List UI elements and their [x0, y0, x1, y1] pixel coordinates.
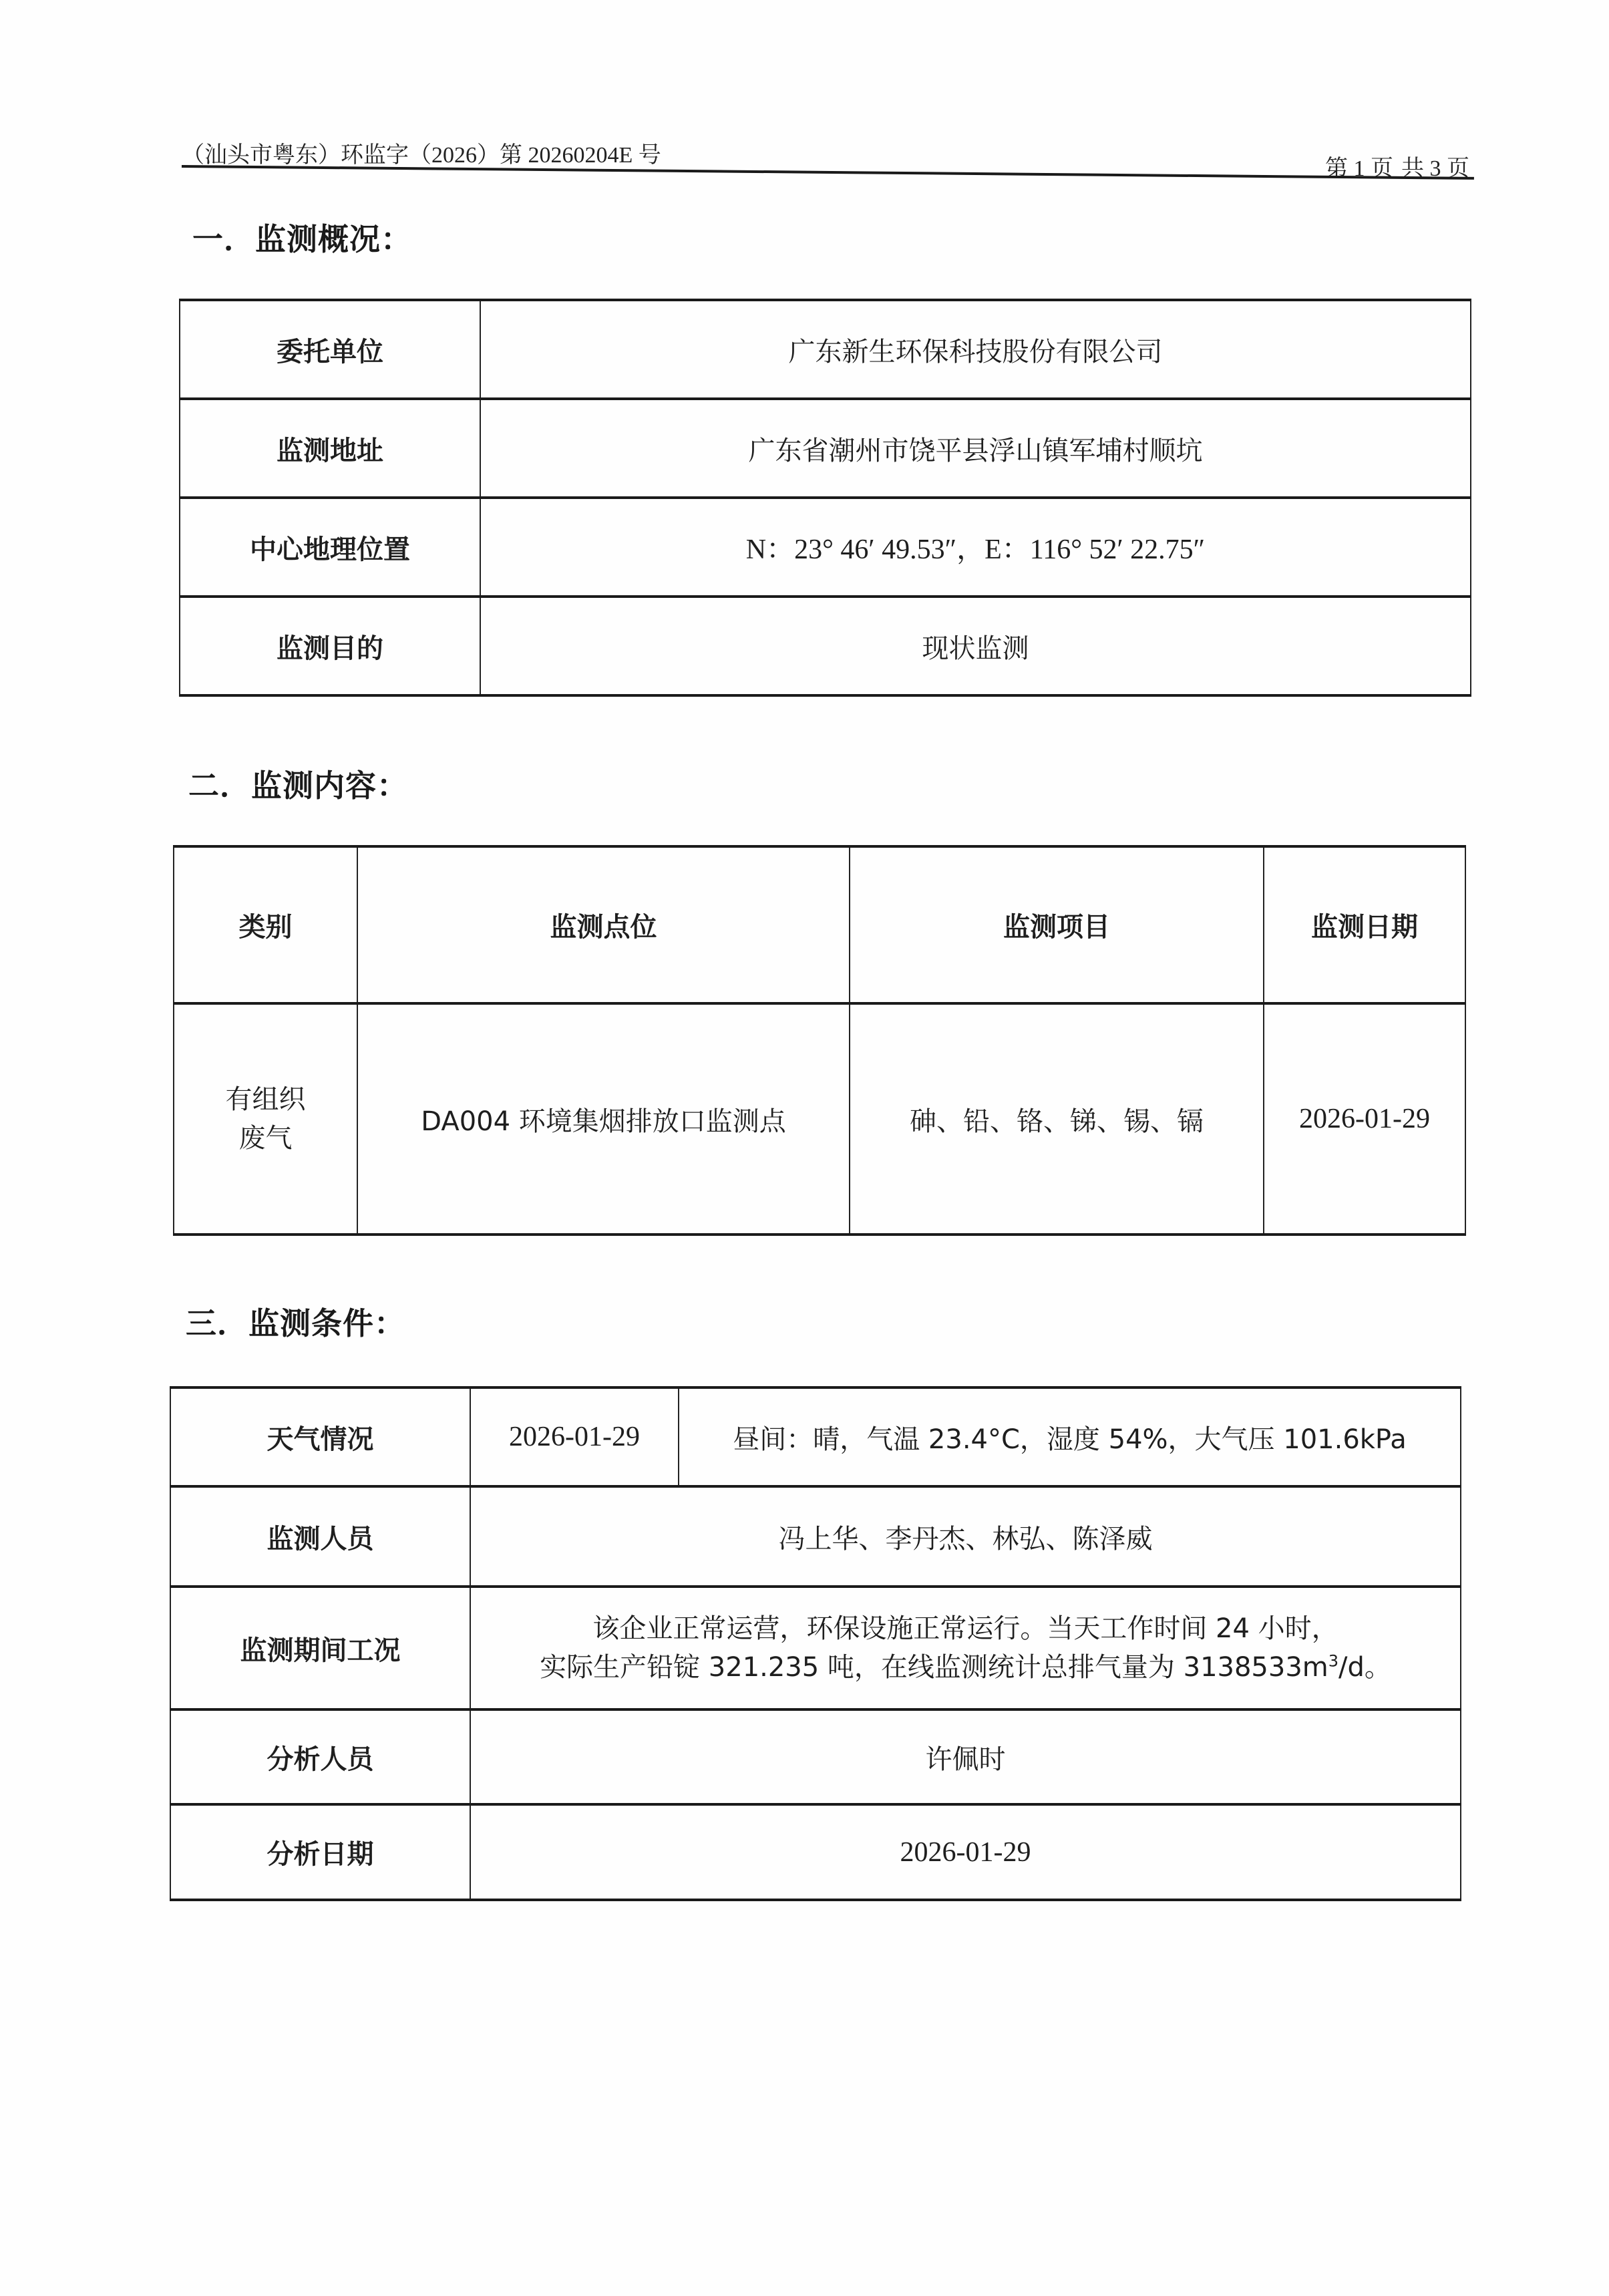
operating-line: 该企业正常运营，环保设施正常运行。当天工作时间 24 小时，: [471, 1609, 1460, 1648]
overview-table: 委托单位 广东新生环保科技股份有限公司 监测地址 广东省潮州市饶平县浮山镇军埔村…: [179, 299, 1471, 697]
column-header-point: 监测点位: [357, 846, 850, 1003]
row-label-operating: 监测期间工况: [170, 1587, 470, 1709]
analysis-date-value: 2026-01-29: [470, 1804, 1461, 1900]
purpose-value: 现状监测: [480, 597, 1471, 695]
row-label-address: 监测地址: [180, 399, 480, 498]
operating-value: 该企业正常运营，环保设施正常运行。当天工作时间 24 小时， 实际生产铅锭 32…: [470, 1587, 1461, 1709]
operating-text: 实际生产铅锭 321.235 吨，在线监测统计总排气量为 3138533m: [540, 1652, 1328, 1683]
row-label-purpose: 监测目的: [180, 597, 480, 695]
row-label-coordinates: 中心地理位置: [180, 498, 480, 597]
row-label-analysis-date: 分析日期: [170, 1804, 470, 1900]
superscript: 3: [1328, 1652, 1338, 1671]
content-table: 类别 监测点位 监测项目 监测日期 有组织 废气 DA004 环境集烟排放口监测…: [173, 845, 1466, 1236]
analyst-value: 许佩时: [470, 1709, 1461, 1804]
table-row: 分析日期 2026-01-29: [170, 1804, 1461, 1900]
document-page: （汕头市粤东）环监字（2026）第 20260204E 号 第 1 页共 3 页…: [0, 0, 1609, 2296]
weather-detail: 昼间：晴，气温 23.4°C，湿度 54%，大气压 101.6kPa: [679, 1387, 1461, 1486]
category-line: 废气: [174, 1119, 357, 1158]
table-header-row: 类别 监测点位 监测项目 监测日期: [174, 846, 1465, 1003]
client-value: 广东新生环保科技股份有限公司: [480, 300, 1471, 399]
point-cell: DA004 环境集烟排放口监测点: [357, 1003, 850, 1235]
table-row: 监测地址 广东省潮州市饶平县浮山镇军埔村顺坑: [180, 399, 1471, 498]
row-label-client: 委托单位: [180, 300, 480, 399]
table-row: 有组织 废气 DA004 环境集烟排放口监测点 砷、铅、铬、锑、锡、镉 2026…: [174, 1003, 1465, 1235]
weather-date: 2026-01-29: [470, 1387, 679, 1486]
date-cell: 2026-01-29: [1264, 1003, 1465, 1235]
section-title-conditions: 三．监测条件：: [186, 1299, 405, 1343]
table-row: 监测期间工况 该企业正常运营，环保设施正常运行。当天工作时间 24 小时， 实际…: [170, 1587, 1461, 1709]
row-label-staff: 监测人员: [170, 1486, 470, 1587]
category-line: 有组织: [174, 1080, 357, 1119]
column-header-items: 监测项目: [850, 846, 1264, 1003]
table-row: 分析人员 许佩时: [170, 1709, 1461, 1804]
address-value: 广东省潮州市饶平县浮山镇军埔村顺坑: [480, 399, 1471, 498]
column-header-date: 监测日期: [1264, 846, 1465, 1003]
coordinates-value: N：23° 46′ 49.53″，E：116° 52′ 22.75″: [480, 498, 1471, 597]
conditions-table: 天气情况 2026-01-29 昼间：晴，气温 23.4°C，湿度 54%，大气…: [170, 1386, 1461, 1901]
items-cell: 砷、铅、铬、锑、锡、镉: [850, 1003, 1264, 1235]
section-title-content: 二．监测内容：: [188, 762, 408, 806]
row-label-weather: 天气情况: [170, 1387, 470, 1486]
operating-line: 实际生产铅锭 321.235 吨，在线监测统计总排气量为 3138533m3/d…: [471, 1648, 1460, 1687]
category-cell: 有组织 废气: [174, 1003, 357, 1235]
section-title-overview: 一．监测概况：: [192, 215, 412, 259]
row-label-analyst: 分析人员: [170, 1709, 470, 1804]
table-row: 监测目的 现状监测: [180, 597, 1471, 695]
table-row: 监测人员 冯上华、李丹杰、林弘、陈泽威: [170, 1486, 1461, 1587]
table-row: 天气情况 2026-01-29 昼间：晴，气温 23.4°C，湿度 54%，大气…: [170, 1387, 1461, 1486]
table-row: 委托单位 广东新生环保科技股份有限公司: [180, 300, 1471, 399]
operating-text: /d。: [1338, 1652, 1391, 1683]
staff-value: 冯上华、李丹杰、林弘、陈泽威: [470, 1486, 1461, 1587]
document-number: （汕头市粤东）环监字（2026）第 20260204E 号: [182, 136, 661, 169]
table-row: 中心地理位置 N：23° 46′ 49.53″，E：116° 52′ 22.75…: [180, 498, 1471, 597]
column-header-category: 类别: [174, 846, 357, 1003]
